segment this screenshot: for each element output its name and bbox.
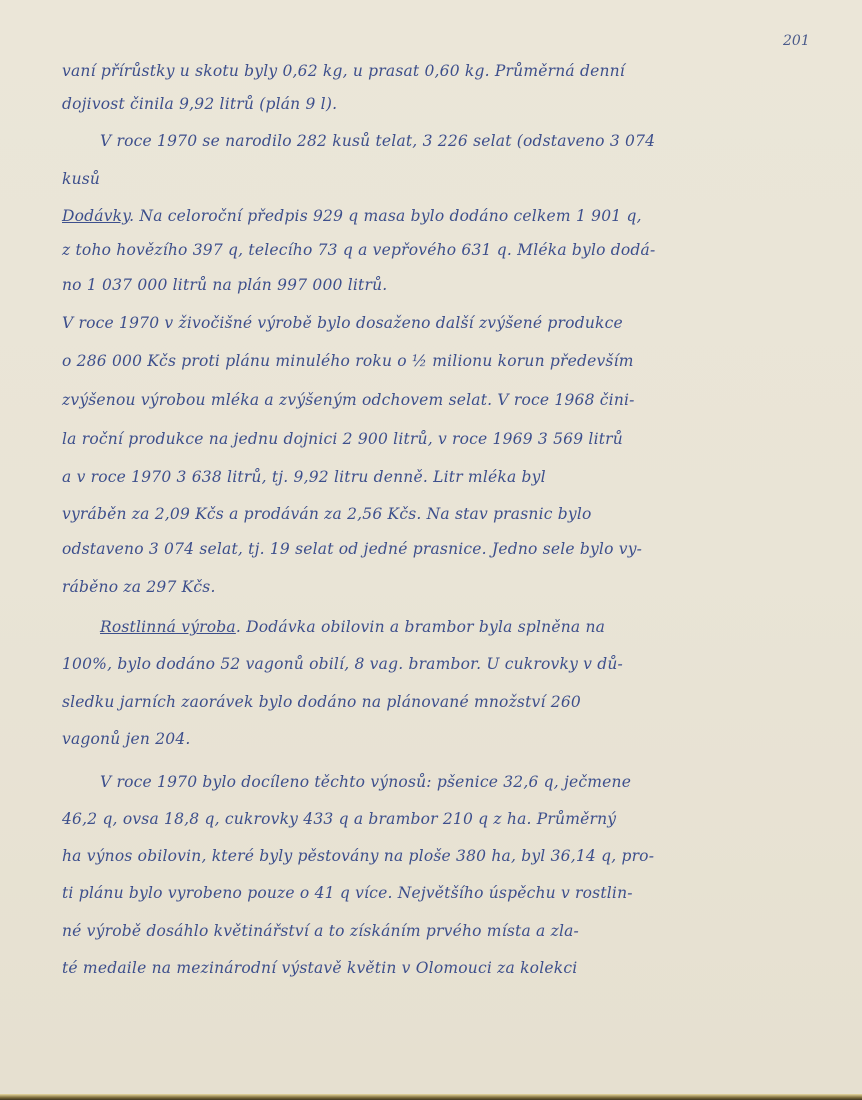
text-line: sledku jarních zaorávek bylo dodáno na p… — [62, 693, 581, 711]
line-text: V roce 1970 bylo docíleno těchto výnosů:… — [100, 773, 631, 791]
line-text: la roční produkce na jednu dojnici 2 900… — [62, 430, 623, 448]
line-text: odstaveno 3 074 selat, tj. 19 selat od j… — [62, 540, 642, 558]
text-line: no 1 037 000 litrů na plán 997 000 litrů… — [62, 276, 387, 294]
text-line: vaní přírůstky u skotu byly 0,62 kg, u p… — [62, 62, 625, 80]
line-text: ráběno za 297 Kčs. — [62, 578, 216, 596]
text-line: Dodávky. Na celoroční předpis 929 q masa… — [62, 207, 642, 225]
line-text: 100%, bylo dodáno 52 vagonů obilí, 8 vag… — [62, 655, 623, 673]
text-line: dojivost činila 9,92 litrů (plán 9 l). — [62, 95, 337, 113]
text-line: vagonů jen 204. — [62, 730, 191, 748]
text-line: V roce 1970 v živočišné výrobě bylo dosa… — [62, 314, 623, 332]
text-line: ti plánu bylo vyrobeno pouze o 41 q více… — [62, 884, 633, 902]
text-line: V roce 1970 se narodilo 282 kusů telat, … — [100, 132, 655, 150]
line-text: vagonů jen 204. — [62, 730, 191, 748]
text-line: zvýšenou výrobou mléka a zvýšeným odchov… — [62, 391, 635, 409]
page-number: 201 — [783, 33, 810, 49]
line-text: sledku jarních zaorávek bylo dodáno na p… — [62, 693, 581, 711]
line-text: 46,2 q, ovsa 18,8 q, cukrovky 433 q a br… — [62, 810, 616, 828]
text-line: a v roce 1970 3 638 litrů, tj. 9,92 litr… — [62, 468, 546, 486]
line-text: ti plánu bylo vyrobeno pouze o 41 q více… — [62, 884, 633, 902]
page-bottom-edge — [0, 1094, 862, 1100]
line-text: z toho hovězího 397 q, telecího 73 q a v… — [62, 241, 655, 259]
text-line: kusů — [62, 170, 100, 188]
text-line: z toho hovězího 397 q, telecího 73 q a v… — [62, 241, 655, 259]
line-text: ha výnos obilovin, které byly pěstovány … — [62, 847, 654, 865]
line-text: vaní přírůstky u skotu byly 0,62 kg, u p… — [62, 62, 625, 80]
line-text: o 286 000 Kčs proti plánu minulého roku … — [62, 352, 634, 370]
manuscript-page: 201 vaní přírůstky u skotu byly 0,62 kg,… — [0, 0, 862, 1094]
line-text: vyráběn za 2,09 Kčs a prodáván za 2,56 K… — [62, 505, 592, 523]
line-text: V roce 1970 v živočišné výrobě bylo dosa… — [62, 314, 623, 332]
text-line: 46,2 q, ovsa 18,8 q, cukrovky 433 q a br… — [62, 810, 616, 828]
text-line: 100%, bylo dodáno 52 vagonů obilí, 8 vag… — [62, 655, 623, 673]
line-text: V roce 1970 se narodilo 282 kusů telat, … — [100, 132, 655, 150]
text-line: ráběno za 297 Kčs. — [62, 578, 216, 596]
line-text: . Na celoroční předpis 929 q masa bylo d… — [129, 207, 642, 225]
line-text: té medaile na mezinárodní výstavě květin… — [62, 959, 577, 977]
section-heading: Rostlinná výroba — [100, 618, 236, 636]
line-text: dojivost činila 9,92 litrů (plán 9 l). — [62, 95, 337, 113]
text-line: vyráběn za 2,09 Kčs a prodáván za 2,56 K… — [62, 505, 592, 523]
text-line: té medaile na mezinárodní výstavě květin… — [62, 959, 577, 977]
line-text: kusů — [62, 170, 100, 188]
text-line: ha výnos obilovin, které byly pěstovány … — [62, 847, 654, 865]
text-line: né výrobě dosáhlo květinářství a to získ… — [62, 922, 579, 940]
line-text: zvýšenou výrobou mléka a zvýšeným odchov… — [62, 391, 635, 409]
line-text: no 1 037 000 litrů na plán 997 000 litrů… — [62, 276, 387, 294]
text-line: o 286 000 Kčs proti plánu minulého roku … — [62, 352, 634, 370]
line-text: a v roce 1970 3 638 litrů, tj. 9,92 litr… — [62, 468, 546, 486]
line-text: . Dodávka obilovin a brambor byla splněn… — [236, 618, 605, 636]
text-line: Rostlinná výroba. Dodávka obilovin a bra… — [100, 618, 605, 636]
text-line: la roční produkce na jednu dojnici 2 900… — [62, 430, 623, 448]
text-line: V roce 1970 bylo docíleno těchto výnosů:… — [100, 773, 631, 791]
line-text: né výrobě dosáhlo květinářství a to získ… — [62, 922, 579, 940]
section-heading: Dodávky — [62, 207, 129, 225]
text-line: odstaveno 3 074 selat, tj. 19 selat od j… — [62, 540, 642, 558]
